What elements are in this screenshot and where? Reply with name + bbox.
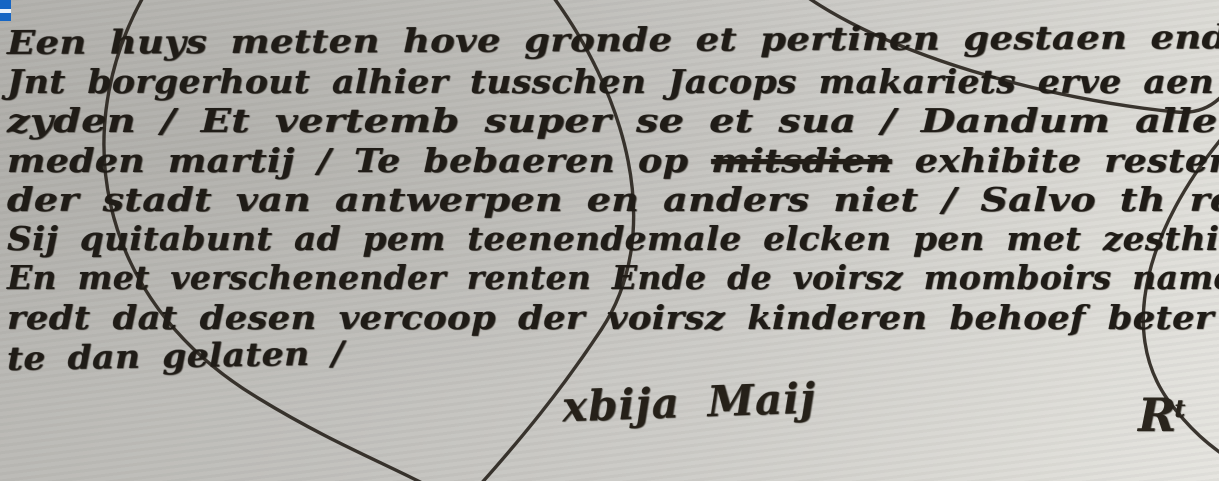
manuscript-line: redt dat desen vercoop der voirsz kinder…: [7, 299, 1219, 337]
manuscript-line: Jnt borgerhout alhier tusschen Jacops ma…: [7, 63, 1219, 101]
manuscript-line: En met verschenender renten Ende de voir…: [7, 259, 1219, 297]
registration-mark-letter: R: [1138, 388, 1176, 442]
manuscript-line: Sij quitabunt ad pem teenendemale elcken…: [7, 220, 1219, 258]
date-notation: xbija Maij: [561, 374, 817, 432]
registration-mark-sup: t: [1174, 394, 1185, 423]
line-segment: exhibite resten gronde: [892, 141, 1219, 180]
manuscript-line: zyden / Et vertemb super se et sua / Dan…: [7, 102, 1219, 140]
manuscript-line: meden martij / Te bebaeren op mitsdien e…: [7, 142, 1219, 180]
registration-mark: Rt: [1138, 388, 1185, 442]
struck-word: mitsdien: [711, 141, 892, 180]
manuscript-line: Een huys metten hove gronde et pertinen …: [7, 17, 1219, 62]
manuscript-line: te dan gelaten /: [7, 334, 345, 378]
marker-stripe: [0, 9, 11, 13]
line-segment: meden martij / Te bebaeren op: [7, 141, 711, 180]
blue-corner-marker-icon[interactable]: [0, 0, 11, 21]
manuscript-page: Een huys metten hove gronde et pertinen …: [0, 0, 1219, 481]
manuscript-line: der stadt van antwerpen en anders niet /…: [7, 181, 1219, 219]
